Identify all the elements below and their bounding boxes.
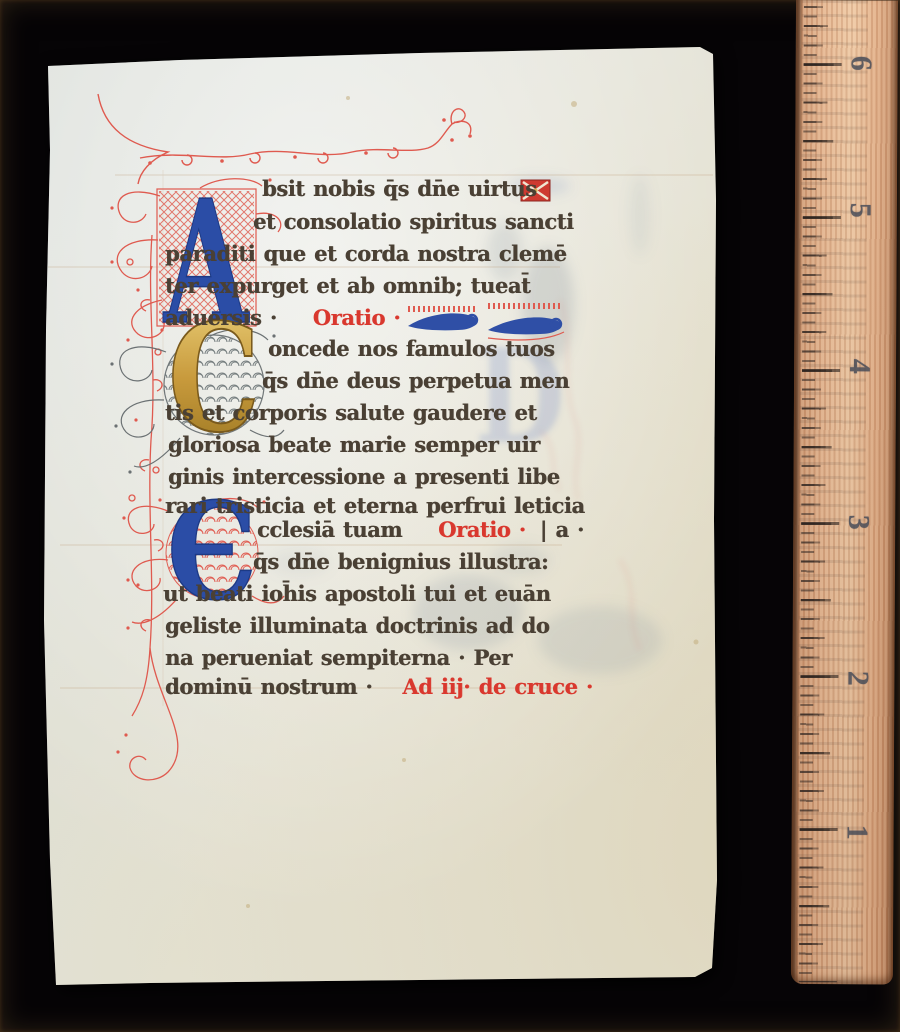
line-text: q̄s dn̄e deus perpetua men (262, 368, 569, 393)
text-line: na perueniat sempiterna · Per (165, 645, 512, 670)
line-text: gloriosa beate marie semper uir (168, 432, 540, 457)
line-text: q̄s dn̄e benignius illustra: (253, 549, 548, 574)
text-line: ter expurget et ab omnib; tueat̄ (165, 273, 530, 298)
line-text: ut beati ioh̄is apostoli tui et euān (163, 581, 551, 606)
text-line: q̄s dn̄e deus perpetua men (262, 368, 569, 393)
text-line: ut beati ioh̄is apostoli tui et euān (163, 581, 551, 606)
text-line: geliste illuminata doctrinis ad do (165, 613, 549, 638)
ruler-number: 2 (842, 662, 874, 694)
line-text: na perueniat sempiterna · Per (165, 645, 512, 670)
line-text: rari tristicia et eterna perfrui leticia (165, 493, 585, 518)
text-line: ginis intercessione a presenti libe (168, 464, 560, 489)
line-text: ter expurget et ab omnib; tueat̄ (165, 273, 530, 298)
ruler-number: 5 (845, 194, 877, 226)
ruler-number: 3 (843, 506, 875, 538)
line-text: cclesiā tuam (257, 517, 402, 542)
line-text: tis et corporis salute gaudere et (165, 400, 537, 425)
line-text: | a · (540, 517, 584, 542)
text-line: gloriosa beate marie semper uir (168, 432, 540, 457)
rubric-text: Oratio · (438, 517, 526, 542)
text-line: bsit nobis q̄s dn̄e uirtus (262, 176, 537, 201)
line-text: paraditi que et corda nostra clemē (165, 241, 566, 266)
text-line: cclesiā tuamOratio ·| a · (257, 517, 584, 542)
photo-scene: D (0, 0, 900, 1032)
rubric-text: Oratio · (313, 305, 401, 330)
ruler-number: 1 (842, 816, 874, 848)
line-text: ginis intercessione a presenti libe (168, 464, 560, 489)
wooden-ruler: 6 5 4 3 2 1 (791, 0, 898, 985)
line-text: geliste illuminata doctrinis ad do (165, 613, 549, 638)
line-text: et consolatio spiritus sancti (253, 209, 574, 234)
text-line: tis et corporis salute gaudere et (165, 400, 537, 425)
line-text: oncede nos famulos tuos (268, 336, 555, 361)
text-line: et consolatio spiritus sancti (253, 209, 574, 234)
line-text: aduersis · (165, 305, 277, 330)
rubric-text: Ad iij· de cruce · (402, 674, 593, 699)
text-line: paraditi que et corda nostra clemē (165, 241, 566, 266)
line-text: bsit nobis q̄s dn̄e uirtus (262, 176, 537, 201)
text-line: q̄s dn̄e benignius illustra: (253, 549, 548, 574)
line-text: dominū nostrum · (165, 674, 372, 699)
text-line: oncede nos famulos tuos (268, 336, 555, 361)
ruler-ticks-inches (799, 0, 843, 982)
text-line: dominū nostrum ·Ad iij· de cruce · (165, 674, 593, 699)
text-line: rari tristicia et eterna perfrui leticia (165, 493, 585, 518)
text-line: aduersis ·Oratio · (165, 305, 400, 330)
ruler-number: 4 (844, 350, 876, 382)
ruler-number: 6 (846, 47, 878, 79)
